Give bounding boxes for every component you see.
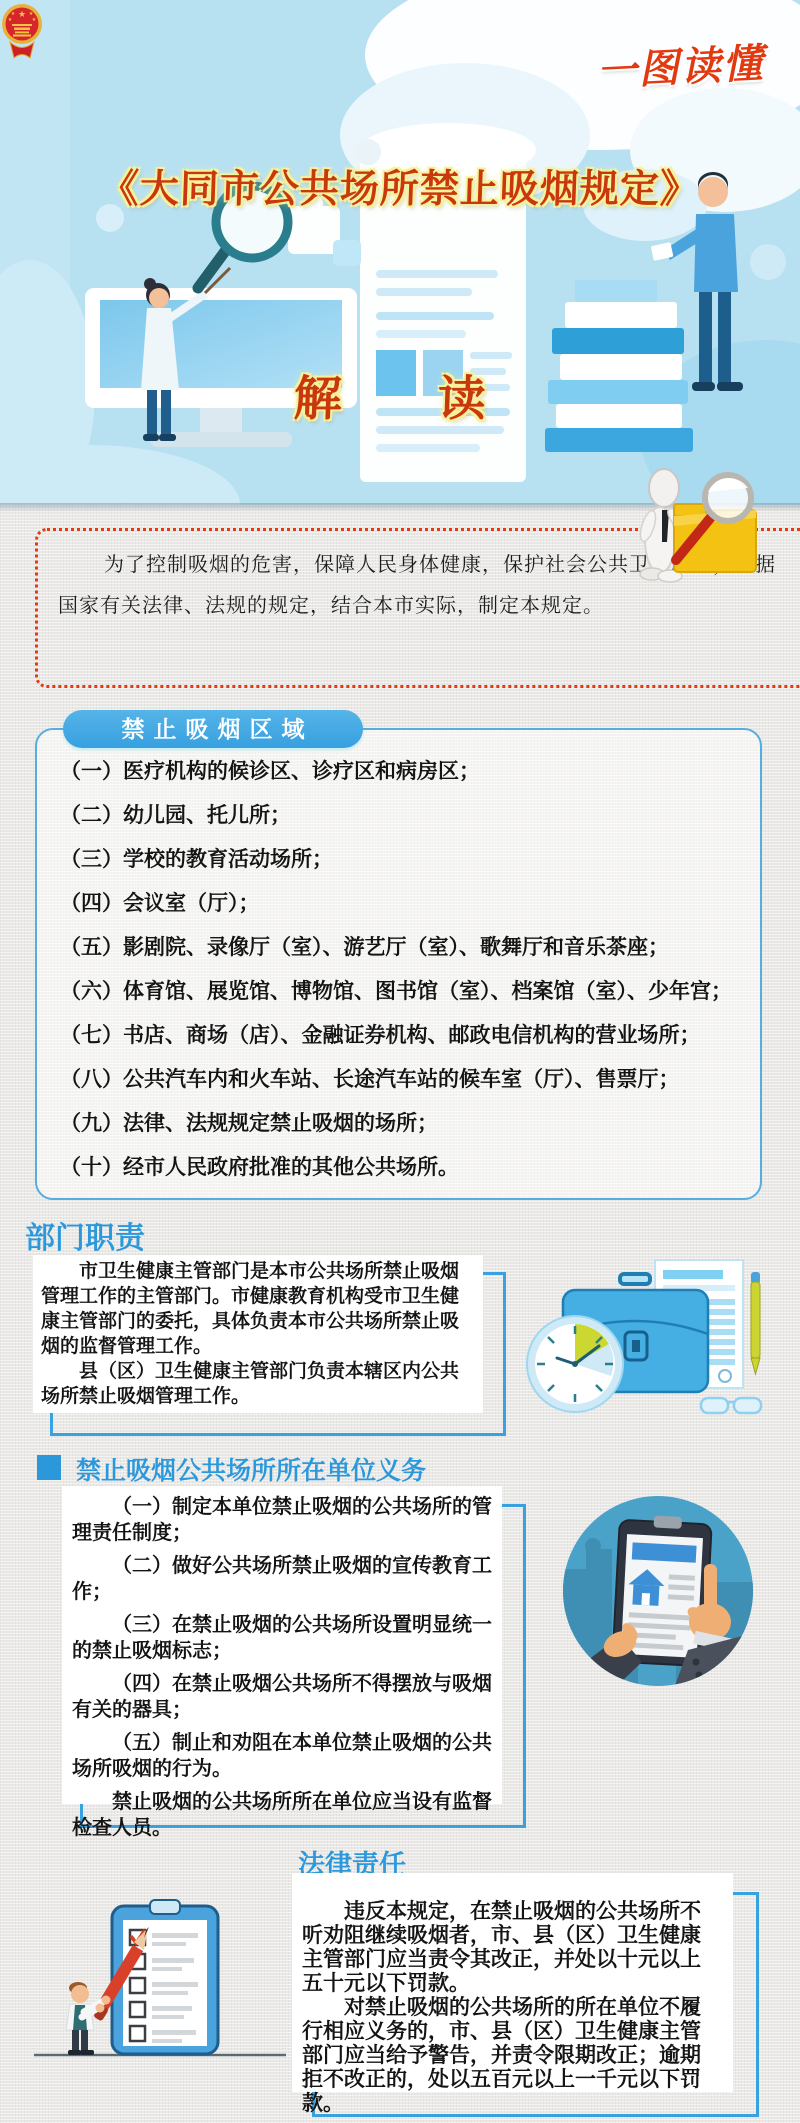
- poster-title: 《大同市公共场所禁止吸烟规定》: [0, 158, 800, 214]
- law-paragraph: 对禁止吸烟的公共场所的所在单位不履行相应义务的，市、县（区）卫生健康主管部门应当…: [302, 1996, 721, 2116]
- one-image-badge: 一图读懂: [577, 31, 785, 99]
- section-heading-unit-obligations: 禁止吸烟公共场所所在单位义务: [76, 1451, 426, 1487]
- china-national-emblem-icon: ★ ★ ★ ★ ★: [0, 0, 44, 66]
- briefcase-clock-illustration: [505, 1252, 775, 1422]
- duty-item: （三）在禁止吸烟的公共场所设置明显统一的禁止吸烟标志；: [72, 1612, 492, 1664]
- law-paragraph: 违反本规定，在禁止吸烟的公共场所不听劝阻继续吸烟者，市、县（区）卫生健康主管部门…: [302, 1900, 721, 1996]
- checklist-man-illustration: [28, 1898, 293, 2063]
- list-item: （六）体育馆、展览馆、博物馆、图书馆（室）、档案馆（室）、少年宫；: [60, 970, 787, 1014]
- list-item: （七）书店、商场（店）、金融证券机构、邮政电信机构的营业场所；: [60, 1014, 787, 1058]
- duty-item: （一）制定本单位禁止吸烟的公共场所的管理责任制度；: [72, 1494, 492, 1546]
- list-item: （五）影剧院、录像厅（室）、游艺厅（室）、歌舞厅和音乐茶座；: [60, 926, 787, 970]
- list-item: （三）学校的教育活动场所；: [60, 838, 787, 882]
- dept-paragraph: 县（区）卫生健康主管部门负责本辖区内公共场所禁止吸烟管理工作。: [41, 1359, 475, 1409]
- heading-bullet-square: [37, 1455, 61, 1480]
- list-item: （二）幼儿园、托儿所；: [60, 794, 787, 838]
- clipboard-hand-illustration: [558, 1494, 765, 1699]
- duty-item: （五）制止和劝阻在本单位禁止吸烟的公共场所吸烟的行为。: [72, 1730, 492, 1782]
- poster-subtitle: 解 读: [0, 360, 781, 429]
- duty-text-box: （一）制定本单位禁止吸烟的公共场所的管理责任制度； （二）做好公共场所禁止吸烟的…: [62, 1486, 502, 1804]
- list-item: （四）会议室（厅）；: [60, 882, 787, 926]
- section-heading-department-duties: 部门职责: [25, 1213, 145, 1257]
- figurine-folder-magnifier-icon: [612, 468, 772, 586]
- list-item: （八）公共汽车内和火车站、长途汽车站的候车室（厅）、售票厅；: [60, 1058, 787, 1102]
- prohibited-zones-list: （一）医疗机构的候诊区、诊疗区和病房区； （二）幼儿园、托儿所； （三）学校的教…: [35, 750, 787, 1190]
- list-item: （九）法律、法规规定禁止吸烟的场所；: [60, 1102, 787, 1146]
- dept-paragraph: 市卫生健康主管部门是本市公共场所禁止吸烟管理工作的主管部门。市健康教育机构受市卫…: [41, 1259, 475, 1359]
- banner: ★ ★ ★ ★ ★ 一图读懂 《大同市公共场所禁止吸烟规定》 解 读: [0, 0, 800, 505]
- dept-text-box: 市卫生健康主管部门是本市公共场所禁止吸烟管理工作的主管部门。市健康教育机构受市卫…: [33, 1255, 483, 1413]
- poster: ★ ★ ★ ★ ★ 一图读懂 《大同市公共场所禁止吸烟规定》 解 读: [0, 0, 800, 2123]
- section-tab-prohibited-zones: 禁止吸烟区域: [63, 710, 363, 748]
- svg-text:★: ★: [18, 9, 26, 19]
- list-item: （一）医疗机构的候诊区、诊疗区和病房区；: [60, 750, 787, 794]
- svg-text:★: ★: [8, 17, 13, 23]
- duty-item: 禁止吸烟的公共场所所在单位应当设有监督检查人员。: [72, 1789, 492, 1841]
- law-text-box: 违反本规定，在禁止吸烟的公共场所不听劝阻继续吸烟者，市、县（区）卫生健康主管部门…: [292, 1873, 733, 2092]
- list-item: （十）经市人民政府批准的其他公共场所。: [60, 1146, 787, 1190]
- duty-item: （二）做好公共场所禁止吸烟的宣传教育工作；: [72, 1553, 492, 1605]
- svg-text:★: ★: [32, 17, 37, 23]
- duty-item: （四）在禁止吸烟公共场所不得摆放与吸烟有关的器具；: [72, 1671, 492, 1723]
